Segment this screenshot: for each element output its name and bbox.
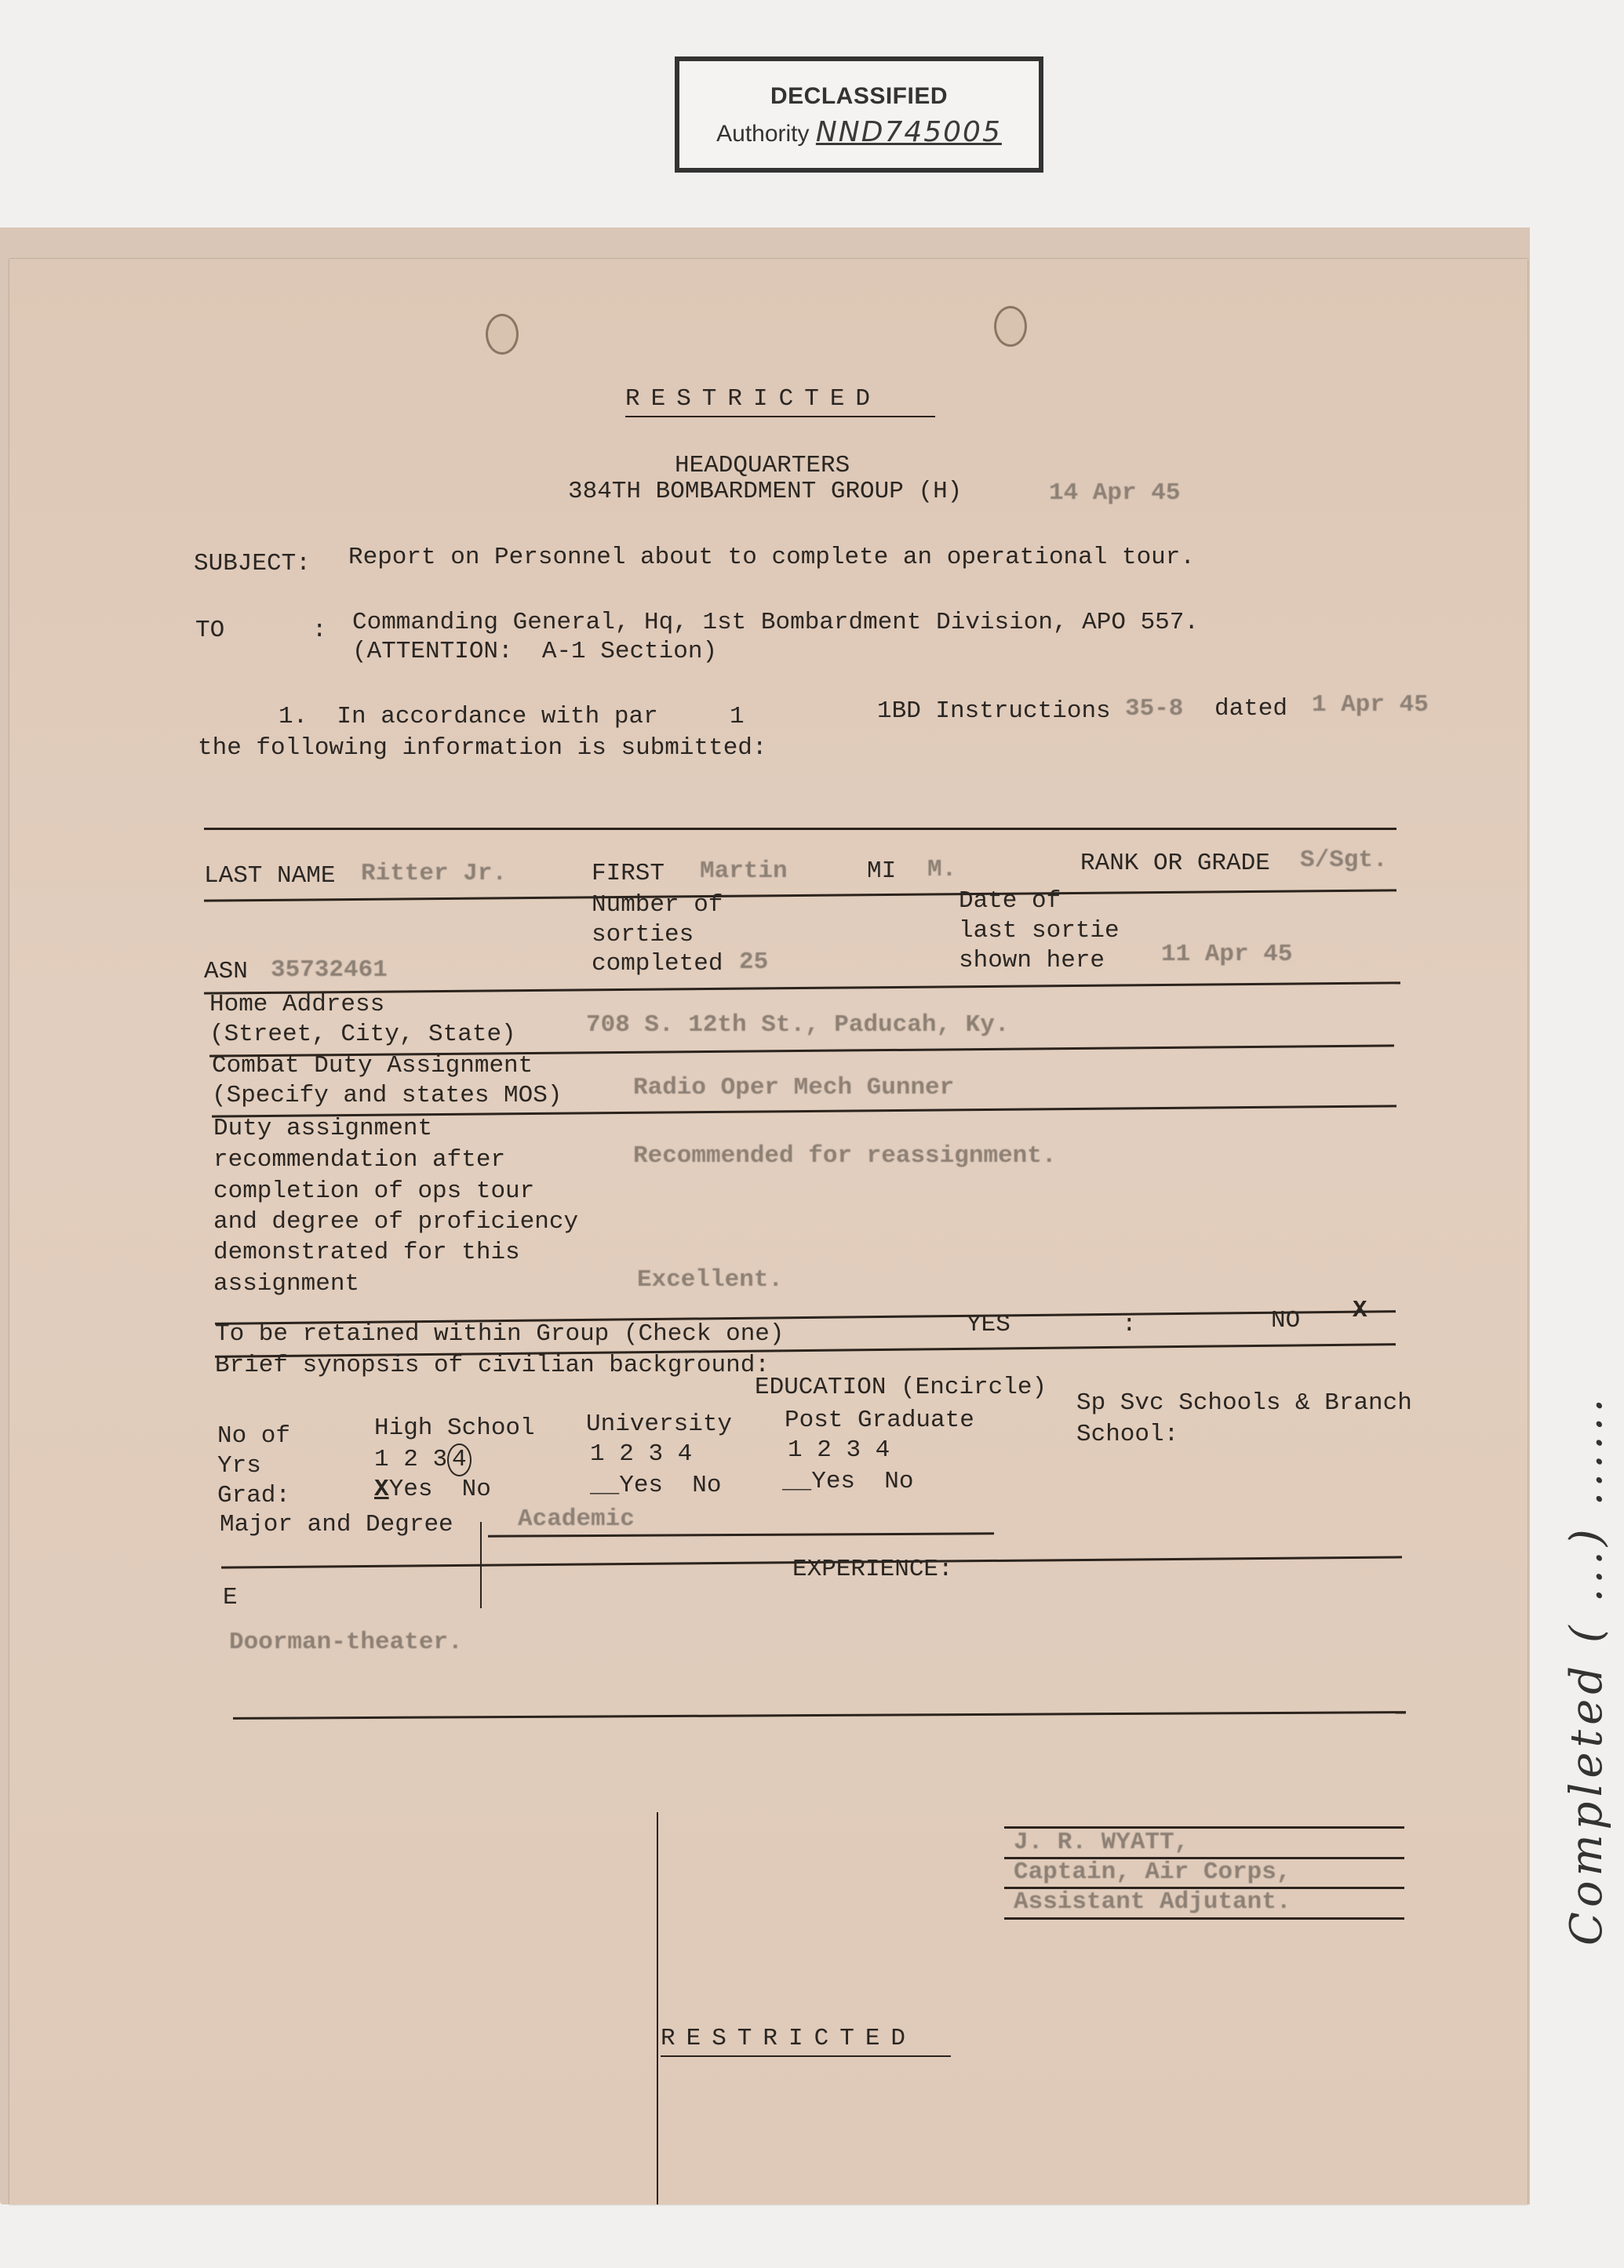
subject-label: SUBJECT:: [194, 549, 311, 579]
divider: [233, 1711, 1406, 1720]
classification-header: RESTRICTED: [625, 384, 881, 414]
divider: [661, 2055, 951, 2057]
duty-label-1: Duty assignment: [213, 1114, 432, 1144]
signature-title: Assistant Adjutant.: [1014, 1888, 1291, 1917]
last-sortie-value: 11 Apr 45: [1161, 940, 1292, 970]
duty-label-4: and degree of proficiency: [213, 1207, 578, 1237]
education-label: EDUCATION (Encircle): [755, 1373, 1047, 1403]
circled-year: 4: [447, 1443, 472, 1476]
duty-label-5: demonstrated for this: [213, 1238, 520, 1268]
no-of-label: No of: [217, 1422, 290, 1451]
authority-label: Authority: [716, 121, 809, 147]
university-label: University: [586, 1410, 732, 1440]
mi-label: MI: [867, 857, 896, 886]
subject-text: Report on Personnel about to complete an…: [348, 543, 1195, 573]
para1-dated: dated: [1214, 694, 1287, 724]
rank-label: RANK OR GRADE: [1080, 849, 1270, 879]
major-label: Major and Degree: [220, 1510, 453, 1540]
margin-handwriting: Completed ( ...) ......: [1561, 1004, 1624, 1946]
retained-label: To be retained within Group (Check one): [215, 1320, 785, 1349]
sorties-label-2: sorties: [592, 920, 694, 950]
sorties-label-3: completed: [592, 949, 723, 979]
first-name-value: Martin: [700, 857, 788, 886]
combat-label-1: Combat Duty Assignment: [212, 1051, 533, 1081]
mi-value: M.: [927, 855, 956, 885]
para1-date: 1 Apr 45: [1312, 690, 1429, 720]
divider: [1004, 1917, 1404, 1920]
university-grad: __Yes No: [590, 1471, 721, 1501]
last-sortie-label-2: last sortie: [959, 916, 1120, 946]
duty-label-6: assignment: [213, 1269, 359, 1299]
post-grad-label: Post Graduate: [785, 1406, 974, 1436]
post-grad-grad: __Yes No: [782, 1467, 913, 1497]
to-label: TO :: [195, 616, 326, 646]
retained-yes: YES: [967, 1310, 1010, 1340]
civilian-label: Brief synopsis of civilian background:: [215, 1351, 770, 1381]
org-unit: 384TH BOMBARDMENT GROUP (H): [568, 477, 962, 507]
combat-duty-value: Radio Oper Mech Gunner: [633, 1073, 954, 1103]
first-name-label: FIRST: [592, 859, 665, 889]
sp-svc-label-1: Sp Svc Schools & Branch: [1076, 1389, 1412, 1418]
experience-marker: E: [223, 1583, 238, 1613]
declassified-stamp: DECLASSIFIED Authority NND745005: [675, 56, 1043, 173]
signature-rank: Captain, Air Corps,: [1014, 1858, 1291, 1888]
high-school-years: 1 2 34: [374, 1443, 472, 1476]
para1-prefix: 1. In accordance with par: [279, 702, 658, 732]
para1-par: 1: [730, 702, 745, 732]
asn-value: 35732461: [271, 956, 388, 985]
major-value: Academic: [518, 1505, 635, 1534]
retained-no-check: X: [1353, 1296, 1367, 1326]
divider: [625, 416, 935, 417]
punch-hole-icon: [486, 314, 519, 355]
last-name-value: Ritter Jr.: [361, 859, 507, 889]
combat-label-2: (Specify and states MOS): [212, 1081, 562, 1111]
authority-value: NND745005: [816, 116, 1002, 148]
para1-instruction-number: 35-8: [1125, 694, 1183, 724]
university-years: 1 2 3 4: [590, 1440, 692, 1469]
para1-instructions: 1BD Instructions: [877, 697, 1111, 726]
last-sortie-label-1: Date of: [959, 886, 1061, 916]
pen-mark: [480, 1522, 482, 1608]
duty-label-3: completion of ops tour: [213, 1177, 534, 1207]
document-page: RESTRICTED HEADQUARTERS 384TH BOMBARDMEN…: [9, 259, 1528, 2204]
experience-label: EXPERIENCE:: [792, 1555, 953, 1585]
signature-name: J. R. WYATT,: [1014, 1828, 1189, 1858]
pen-mark: [657, 1812, 658, 2204]
home-label-2: (Street, City, State): [209, 1020, 516, 1050]
retained-no: NO: [1271, 1306, 1300, 1336]
last-name-label: LAST NAME: [204, 861, 335, 891]
post-grad-years: 1 2 3 4: [788, 1436, 890, 1465]
divider: [204, 889, 1396, 901]
retained-separator: :: [1122, 1310, 1137, 1340]
para1-line2: the following information is submitted:: [198, 734, 767, 763]
sorties-label-1: Number of: [592, 890, 723, 920]
rank-value: S/Sgt.: [1300, 846, 1388, 876]
divider: [204, 828, 1396, 830]
proficiency-value: Excellent.: [637, 1265, 783, 1295]
last-sortie-label-3: shown here: [959, 946, 1105, 976]
stamp-authority: Authority NND745005: [679, 116, 1039, 148]
duty-recommendation-value: Recommended for reassignment.: [633, 1141, 1057, 1171]
stamp-title: DECLASSIFIED: [679, 83, 1039, 110]
classification-footer: RESTRICTED: [661, 2024, 916, 2054]
grad-label: Grad:: [217, 1481, 290, 1511]
yrs-label: Yrs: [217, 1451, 261, 1481]
to-line-1: Commanding General, Hq, 1st Bombardment …: [352, 608, 1199, 638]
home-address-value: 708 S. 12th St., Paducah, Ky.: [586, 1010, 1010, 1040]
document-date: 14 Apr 45: [1049, 479, 1180, 508]
duty-label-2: recommendation after: [213, 1145, 505, 1175]
to-line-2: (ATTENTION: A-1 Section): [352, 637, 717, 667]
sp-svc-label-2: School:: [1076, 1420, 1178, 1450]
high-school-label: High School: [374, 1414, 535, 1443]
high-school-grad: XYes No: [374, 1475, 491, 1505]
home-label-1: Home Address: [209, 990, 384, 1020]
punch-hole-icon: [994, 306, 1027, 347]
asn-label: ASN: [204, 957, 248, 987]
experience-value: Doorman-theater.: [229, 1628, 463, 1658]
sorties-value: 25: [739, 948, 768, 977]
